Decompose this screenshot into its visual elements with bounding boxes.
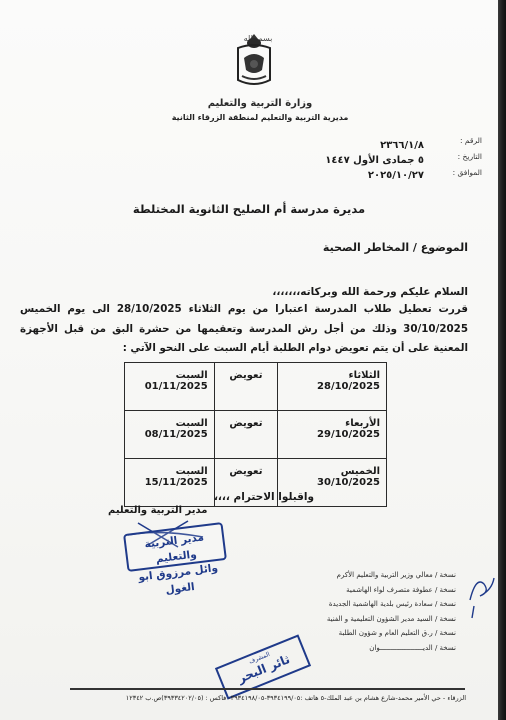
number-label: الرقم :	[453, 133, 482, 149]
gregorian-date: ٢٠٢٥/١٠/٢٧	[325, 168, 424, 183]
reference-values: ٢٣٦٦/١/٨ ٥ جمادى الأول ١٤٤٧ ٢٠٢٥/١٠/٢٧	[325, 138, 424, 183]
initials-signature-icon	[466, 570, 496, 620]
greeting: السلام عليكم ورحمة الله وبركاته،،،،،،،	[272, 286, 468, 298]
subject-line: الموضوع / المخاطر الصحية	[323, 241, 468, 254]
reference-number: ٢٣٦٦/١/٨	[325, 138, 424, 153]
body-paragraph: قررت تعطيل طلاب المدرسة اعتبارا من يوم ا…	[20, 300, 468, 359]
hijri-date: ٥ جمادى الأول ١٤٤٧	[325, 153, 424, 168]
closing-line: واقبلوا الاحترام ،،،،	[0, 491, 498, 503]
cc-item: نسخة / السيد مدير الشؤون التعليمية و الف…	[327, 612, 456, 627]
addressee: مديرة مدرسة أم الصليح الثانوية المختلطة	[0, 202, 498, 216]
document-page: بسم الله وزارة التربية والتعليم مديرية ا…	[0, 0, 498, 720]
ministry-name: وزارة التربية والتعليم	[200, 98, 320, 109]
table-row: الأربعاء 29/10/2025 تعويض السبت 08/11/20…	[125, 411, 387, 459]
cc-item: نسخة / معالي وزير التربية والتعليم الأكر…	[327, 568, 456, 583]
action-cell: تعويض	[214, 363, 277, 411]
gregorian-label: الموافق :	[453, 165, 482, 181]
off-day-cell: الثلاثاء 28/10/2025	[278, 363, 387, 411]
table-row: الثلاثاء 28/10/2025 تعويض السبت 01/11/20…	[125, 363, 387, 411]
makeup-day-cell: السبت 08/11/2025	[125, 411, 215, 459]
cc-item: نسخة / الديـــــــــــــــــــــوان	[327, 641, 456, 656]
cc-list: نسخة / معالي وزير التربية والتعليم الأكر…	[327, 568, 456, 655]
action-cell: تعويض	[214, 411, 277, 459]
footer-divider	[70, 688, 465, 690]
jordan-crest-icon	[232, 30, 276, 88]
cc-item: نسخة / عطوفة متصرف لواء الهاشمية	[327, 583, 456, 598]
off-day-cell: الأربعاء 29/10/2025	[278, 411, 387, 459]
scan-edge	[498, 0, 506, 720]
makeup-schedule-table: الثلاثاء 28/10/2025 تعويض السبت 01/11/20…	[124, 362, 387, 507]
directorate-name: مديرية التربية والتعليم لمنطقة الزرقاء ا…	[170, 113, 350, 122]
reference-labels: الرقم : التاريخ : الموافق :	[453, 133, 482, 181]
supervisor-stamp: المشرف ثائر البحر	[215, 634, 311, 699]
makeup-day-cell: السبت 01/11/2025	[125, 363, 215, 411]
cc-item: نسخة / سعادة رئيس بلدية الهاشمية الجديدة	[327, 597, 456, 612]
date-label: التاريخ :	[453, 149, 482, 165]
cc-item: نسخة / ر.ق التعليم العام و شؤون الطلبة	[327, 626, 456, 641]
footer-address: الزرقاء - حي الأمير محمد-شارع هشام بن عب…	[16, 694, 466, 702]
